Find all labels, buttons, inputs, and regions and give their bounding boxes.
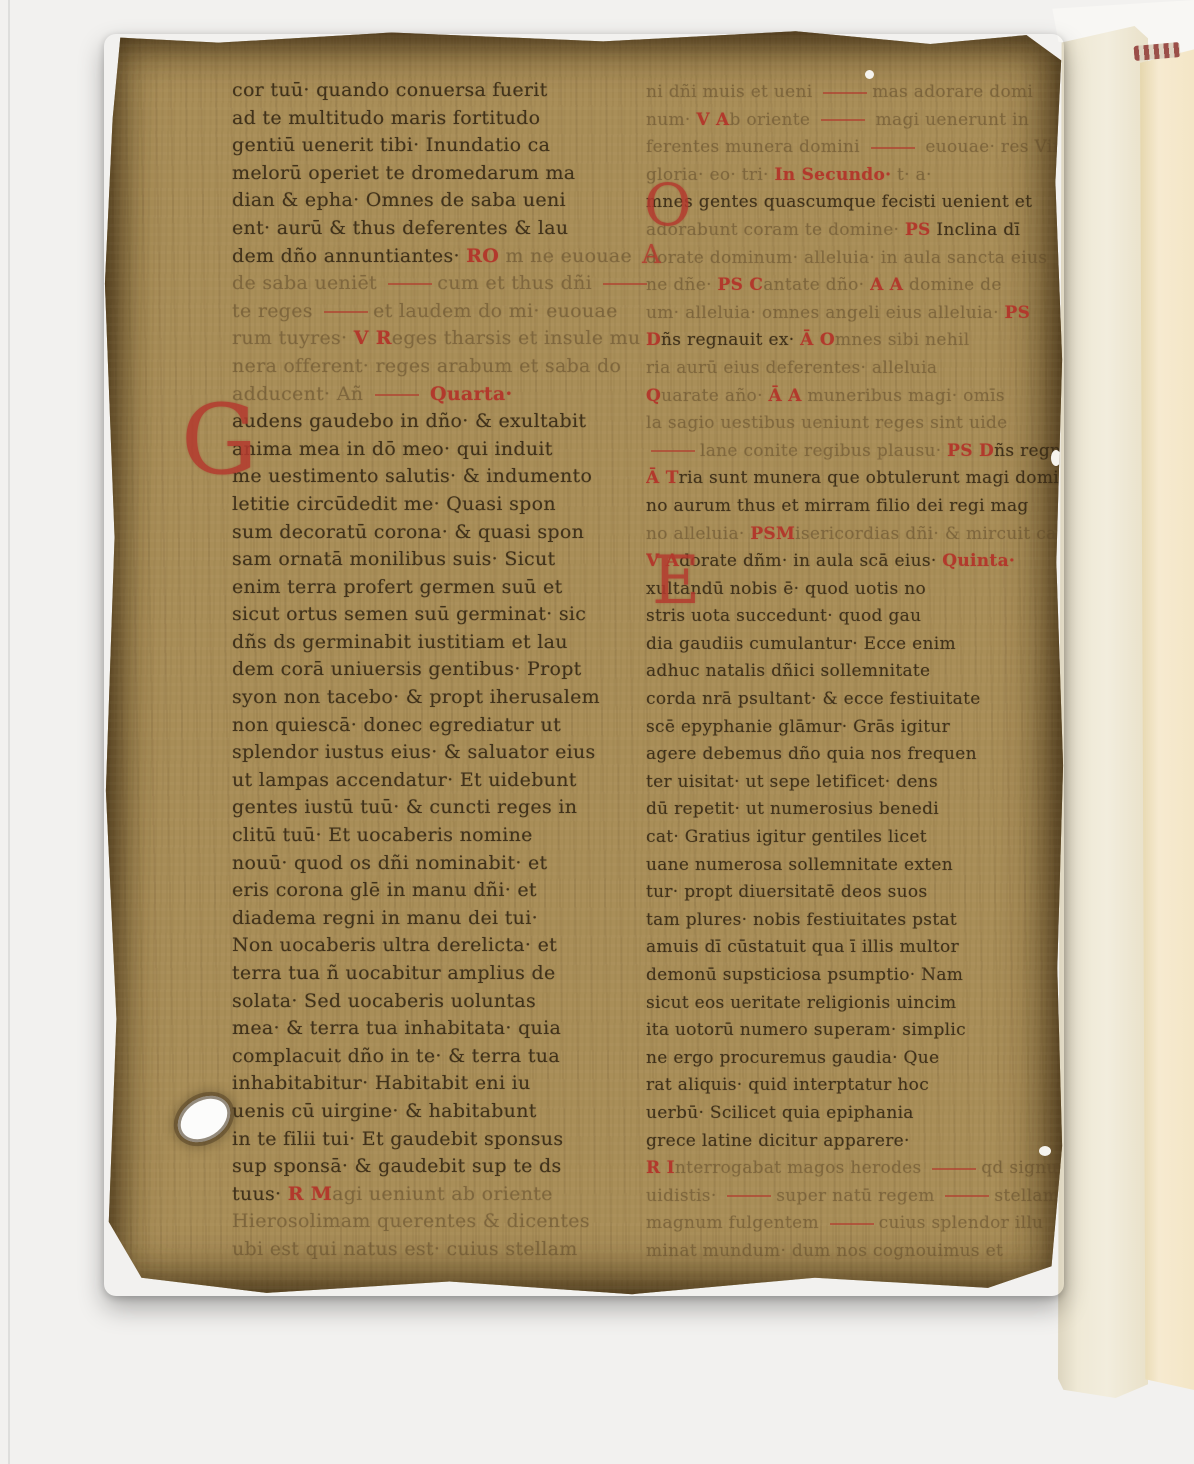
rubric-text: A A: [870, 275, 903, 295]
body-text: Non uocaberis ultra derelicta· et: [232, 934, 557, 956]
parchment-flaw: [865, 70, 874, 79]
text-line: enim terra profert germen suū et: [232, 574, 656, 602]
rubric-text: Q: [646, 386, 661, 406]
body-text: domine de: [903, 275, 1001, 295]
text-line: splendor iustus eius· & saluator eius: [232, 739, 656, 767]
guard-leaf-back: [1140, 44, 1194, 1390]
body-text: inhabitabitur· Habitabit eni iu: [232, 1072, 531, 1094]
body-text: gentes iustū tuū· & cuncti reges in: [232, 796, 577, 818]
text-line: num· V Ab oriente magi uenerunt in: [646, 107, 1062, 135]
text-line: audens gaudebo in dño· & exultabit: [232, 408, 656, 436]
body-text: letitie circūdedit me· Quasi spon: [232, 493, 556, 515]
body-text: demonū supsticiosa psumptio· Nam: [646, 965, 963, 985]
body-text: melorū operiet te dromedarum ma: [232, 162, 575, 184]
body-text: dorate dñm· in aula scā eius·: [679, 551, 942, 571]
text-line: mea· & terra tua inhabitata· quia: [232, 1015, 656, 1043]
text-line: tur· propt diuersitatē deos suos: [646, 879, 1062, 907]
text-line: inhabitabitur· Habitabit eni iu: [232, 1070, 656, 1098]
body-text: muneribus magi· omīs: [802, 386, 1005, 406]
body-text: qd signum: [981, 1158, 1062, 1178]
body-text: ne dñe·: [646, 275, 718, 295]
text-line: clitū tuū· Et uocaberis nomine: [232, 822, 656, 850]
body-text: euouae· res Vir: [920, 137, 1061, 157]
text-line: sam ornatā monilibus suis· Sicut: [232, 546, 656, 574]
text-line: adducent· Añ Quarta·: [232, 381, 656, 409]
text-line: uane numerosa sollemnitate exten: [646, 852, 1062, 880]
body-text: ter uisitat· ut sepe letificet· dens: [646, 772, 938, 792]
body-text: ubi est qui natus est· cuius stellam: [232, 1238, 578, 1260]
body-text: agi ueniunt ab oriente: [332, 1183, 553, 1205]
initial-O: O: [644, 176, 692, 234]
red-filler-line: [823, 92, 867, 94]
text-line: ita uotorū numero superam· simplic: [646, 1017, 1062, 1045]
text-line: dū repetit· ut numerosius benedi: [646, 796, 1062, 824]
parchment-leaf: cor tuū· quando conuersa fueritad te mul…: [103, 30, 1065, 1298]
text-line: adhuc natalis dñici sollemnitate: [646, 658, 1062, 686]
text-line: Quarate año· Ā A muneribus magi· omīs: [646, 383, 1062, 411]
text-line: diadema regni in manu dei tui·: [232, 905, 656, 933]
text-line: non quiescā· donec egrediatur ut: [232, 712, 656, 740]
guard-leaf-front: [1058, 26, 1148, 1398]
body-text: sicut ortus semen suū germinat· sic: [232, 603, 586, 625]
text-line: rat aliquis· quid interptatur hoc: [646, 1072, 1062, 1100]
text-line: tam plures· nobis festiuitates pstat: [646, 907, 1062, 935]
text-line: de saba ueniēt cum et thus dñi: [232, 270, 656, 298]
rubric-text: Quinta·: [942, 551, 1015, 571]
text-line: letitie circūdedit me· Quasi spon: [232, 491, 656, 519]
text-line: tuus· R Magi ueniunt ab oriente: [232, 1181, 656, 1209]
rubric-text: Ā A: [768, 386, 801, 406]
text-line: lane conite regibus plausu· PS Dñs regna…: [646, 438, 1062, 466]
body-text: nera offerent· reges arabum et saba do: [232, 355, 621, 377]
body-text: sup sponsā· & gaudebit sup te ds: [232, 1155, 562, 1177]
text-line: syon non tacebo· & propt iherusalem: [232, 684, 656, 712]
text-line: eris corona glē in manu dñi· et: [232, 877, 656, 905]
text-line: um· alleluia· omnes angeli eius alleluia…: [646, 300, 1062, 328]
text-line: dem dño annuntiantes· RO m ne euouae: [232, 243, 656, 271]
text-line: nera offerent· reges arabum et saba do: [232, 353, 656, 381]
body-text: dia gaudiis cumulantur· Ecce enim: [646, 634, 956, 654]
text-line: cor tuū· quando conuersa fuerit: [232, 77, 656, 105]
text-line: magnum fulgentem cuius splendor illu: [646, 1210, 1062, 1238]
body-text: ferentes munera domini: [646, 137, 866, 157]
text-line: dia gaudiis cumulantur· Ecce enim: [646, 631, 1062, 659]
parchment-flaw: [1039, 1146, 1051, 1156]
text-line: ent· aurū & thus deferentes & lau: [232, 215, 656, 243]
red-filler-line: [945, 1195, 989, 1197]
text-line: dem corā uniuersis gentibus· Propt: [232, 656, 656, 684]
text-line: nouū· quod os dñi nominabit· et: [232, 850, 656, 878]
body-text: dem corā uniuersis gentibus· Propt: [232, 658, 582, 680]
body-text: um· alleluia· omnes angeli eius alleluia…: [646, 303, 1005, 323]
rubric-text: R M: [288, 1183, 332, 1205]
body-text: splendor iustus eius· & saluator eius: [232, 741, 596, 763]
text-line: Non uocaberis ultra derelicta· et: [232, 932, 656, 960]
body-text: nouū· quod os dñi nominabit· et: [232, 852, 547, 874]
body-text: diadema regni in manu dei tui·: [232, 907, 538, 929]
red-filler-line: [932, 1168, 976, 1170]
body-text: Hierosolimam querentes & dicentes: [232, 1210, 590, 1232]
red-filler-line: [651, 450, 695, 452]
text-line: rum tuyres· V Reges tharsis et insule mu: [232, 325, 656, 353]
body-text: ne ergo procuremus gaudia· Que: [646, 1048, 939, 1068]
body-text: dorate dominum· alleluia· in aula sancta…: [646, 248, 1047, 268]
text-line: grece latine dicitur apparere·: [646, 1128, 1062, 1156]
body-text: cat· Gratius igitur gentiles licet: [646, 827, 927, 847]
body-text: super natū regem: [776, 1186, 940, 1206]
text-line: R Interrogabat magos herodes qd signum: [646, 1155, 1062, 1183]
rubric-text: V A: [696, 110, 729, 130]
body-text: eris corona glē in manu dñi· et: [232, 879, 537, 901]
body-text: num·: [646, 110, 696, 130]
text-line: dñs ds germinabit iustitiam et lau: [232, 629, 656, 657]
body-text: ent· aurū & thus deferentes & lau: [232, 217, 568, 239]
text-line: la sagio uestibus ueniunt reges sint uid…: [646, 410, 1062, 438]
body-text: anima mea in dō meo· qui induit: [232, 438, 553, 460]
body-text: la sagio uestibus ueniunt reges sint uid…: [646, 413, 1008, 433]
body-text: mea· & terra tua inhabitata· quia: [232, 1017, 561, 1039]
text-line: demonū supsticiosa psumptio· Nam: [646, 962, 1062, 990]
body-text: adhuc natalis dñici sollemnitate: [646, 661, 930, 681]
body-text: uane numerosa sollemnitate exten: [646, 855, 953, 875]
body-text: dem dño annuntiantes·: [232, 245, 466, 267]
text-line: te reges et laudem do mi· euouae: [232, 298, 656, 326]
red-filler-line: [727, 1195, 771, 1197]
text-line: Ā Tria sunt munera que obtulerunt magi d…: [646, 465, 1062, 493]
body-text: ni dñi muis et ueni: [646, 82, 818, 102]
body-text: amuis dī cūstatuit qua ī illis multor: [646, 937, 959, 957]
text-line: gentiū uenerit tibi· Inundatio ca: [232, 132, 656, 160]
text-line: Hierosolimam querentes & dicentes: [232, 1208, 656, 1236]
text-line: dorate dominum· alleluia· in aula sancta…: [646, 245, 1062, 273]
body-text: me uestimento salutis· & indumento: [232, 465, 592, 487]
text-line: melorū operiet te dromedarum ma: [232, 160, 656, 188]
text-line: uenis cū uirgine· & habitabunt: [232, 1098, 656, 1126]
body-text: scē epyphanie glāmur· Grās igitur: [646, 717, 950, 737]
initial-A: A: [642, 242, 661, 268]
body-text: agere debemus dño quia nos frequen: [646, 744, 977, 764]
text-line: amuis dī cūstatuit qua ī illis multor: [646, 934, 1062, 962]
body-text: clitū tuū· Et uocaberis nomine: [232, 824, 533, 846]
body-text: minat mundum· dum nos cognouimus et: [646, 1241, 1003, 1261]
body-text: audens gaudebo in dño· & exultabit: [232, 410, 586, 432]
rubric-text: D: [646, 330, 661, 350]
body-text: ita uotorū numero superam· simplic: [646, 1020, 966, 1040]
body-text: cor tuū· quando conuersa fuerit: [232, 79, 548, 101]
manuscript-photo: cor tuū· quando conuersa fueritad te mul…: [0, 0, 1194, 1464]
body-text: magnum fulgentem: [646, 1213, 825, 1233]
text-line: adorabunt coram te domine· PS Inclina dī: [646, 217, 1062, 245]
body-text: corda nrā psultant· & ecce festiuitate: [646, 689, 981, 709]
body-text: b oriente: [730, 110, 816, 130]
body-text: ut lampas accendatur· Et uidebunt: [232, 769, 577, 791]
text-line: mnes gentes quascumque fecisti uenient e…: [646, 189, 1062, 217]
text-line: agere debemus dño quia nos frequen: [646, 741, 1062, 769]
body-text: no aurum thus et mirram filio dei regi m…: [646, 496, 1029, 516]
text-line: sicut ortus semen suū germinat· sic: [232, 601, 656, 629]
initial-E: E: [652, 548, 700, 614]
body-text: grece latine dicitur apparere·: [646, 1131, 910, 1151]
body-text: ria aurū eius deferentes· alleluia: [646, 358, 937, 378]
body-text: mnes sibi nehil: [835, 330, 969, 350]
body-text: stellam: [994, 1186, 1059, 1206]
text-line: V Adorate dñm· in aula scā eius· Quinta·: [646, 548, 1062, 576]
backdrop-crease: [8, 0, 10, 1464]
text-line: ter uisitat· ut sepe letificet· dens: [646, 769, 1062, 797]
rubric-text: Ā O: [800, 330, 835, 350]
text-line: scē epyphanie glāmur· Grās igitur: [646, 714, 1062, 742]
body-text: uarate año·: [661, 386, 768, 406]
body-text: no alleluia·: [646, 524, 750, 544]
rubric-text: Ā T: [646, 468, 679, 488]
body-text: mnes gentes quascumque fecisti uenient e…: [646, 192, 1032, 212]
body-text: uenis cū uirgine· & habitabunt: [232, 1100, 537, 1122]
rubric-text: PSM: [750, 524, 795, 544]
text-line: dian & epha· Omnes de saba ueni: [232, 187, 656, 215]
body-text: magi uenerunt in: [870, 110, 1029, 130]
body-text: uerbū· Scilicet quia epiphania: [646, 1103, 914, 1123]
text-line: me uestimento salutis· & indumento: [232, 463, 656, 491]
rubric-text: PS D: [947, 441, 994, 461]
text-line: ubi est qui natus est· cuius stellam: [232, 1236, 656, 1264]
text-line: corda nrā psultant· & ecce festiuitate: [646, 686, 1062, 714]
body-text: complacuit dño in te· & terra tua: [232, 1045, 560, 1067]
text-line: cat· Gratius igitur gentiles licet: [646, 824, 1062, 852]
text-line: ne dñe· PS Cantate dño· A A domine de: [646, 272, 1062, 300]
text-line: gloria· eo· tri· In Secundo· t· a·: [646, 162, 1062, 190]
red-filler-line: [821, 119, 865, 121]
text-line: solata· Sed uocaberis uoluntas: [232, 988, 656, 1016]
body-text: m ne euouae: [499, 245, 632, 267]
body-text: non quiescā· donec egrediatur ut: [232, 714, 561, 736]
red-filler-line: [388, 283, 432, 285]
text-line: ni dñi muis et ueni mas adorare domi: [646, 79, 1062, 107]
text-line: sicut eos ueritate religionis uincim: [646, 990, 1062, 1018]
text-line: in te filii tui· Et gaudebit sponsus: [232, 1126, 656, 1154]
body-text: Inclina dī: [931, 220, 1021, 240]
body-text: antate dño·: [763, 275, 870, 295]
red-filler-line: [871, 147, 915, 149]
text-column-right: ni dñi muis et ueni mas adorare dominum·…: [646, 79, 1062, 1274]
text-line: sup sponsā· & gaudebit sup te ds: [232, 1153, 656, 1181]
rubric-text: PS: [1005, 303, 1031, 323]
text-line: complacuit dño in te· & terra tua: [232, 1043, 656, 1071]
body-text: ad te multitudo maris fortitudo: [232, 107, 540, 129]
body-text: lane conite regibus plausu·: [700, 441, 947, 461]
rubric-text: R I: [646, 1158, 675, 1178]
text-line: terra tua ñ uocabitur amplius de: [232, 960, 656, 988]
text-line: stris uota succedunt· quod gau: [646, 603, 1062, 631]
body-text: terra tua ñ uocabitur amplius de: [232, 962, 556, 984]
body-text: syon non tacebo· & propt iherusalem: [232, 686, 600, 708]
body-text: cuius splendor illu: [879, 1213, 1044, 1233]
red-filler-line: [324, 311, 368, 313]
body-text: dū repetit· ut numerosius benedi: [646, 799, 939, 819]
text-line: xultandū nobis ē· quod uotis no: [646, 576, 1062, 604]
body-text: eges tharsis et insule mu: [392, 327, 641, 349]
body-text: gentiū uenerit tibi· Inundatio ca: [232, 134, 550, 156]
text-line: minat mundum· dum nos cognouimus et: [646, 1238, 1062, 1266]
body-text: sicut eos ueritate religionis uincim: [646, 993, 956, 1013]
body-text: nterrogabat magos herodes: [675, 1158, 927, 1178]
text-line: no alleluia· PSMisericordias dñi· & mirc…: [646, 521, 1062, 549]
rubric-text: PS C: [718, 275, 764, 295]
body-text: cum et thus dñi: [437, 272, 598, 294]
text-column-left: cor tuū· quando conuersa fueritad te mul…: [232, 77, 656, 1277]
body-text: sum decoratū corona· & quasi spon: [232, 521, 584, 543]
rubric-text: In Secundo·: [774, 165, 891, 185]
text-line: ut lampas accendatur· Et uidebunt: [232, 767, 656, 795]
body-text: in te filii tui· Et gaudebit sponsus: [232, 1128, 563, 1150]
body-text: tam plures· nobis festiuitates pstat: [646, 910, 957, 930]
text-line: ferentes munera domini euouae· res Vir: [646, 134, 1062, 162]
body-text: tur· propt diuersitatē deos suos: [646, 882, 928, 902]
text-line: ne ergo procuremus gaudia· Que: [646, 1045, 1062, 1073]
body-text: et laudem do mi· euouae: [373, 300, 617, 322]
body-text: solata· Sed uocaberis uoluntas: [232, 990, 536, 1012]
text-line: no aurum thus et mirram filio dei regi m…: [646, 493, 1062, 521]
body-text: dian & epha· Omnes de saba ueni: [232, 189, 566, 211]
body-text: t· a·: [891, 165, 931, 185]
body-text: uidistis·: [646, 1186, 722, 1206]
rubric-text: V R: [354, 327, 392, 349]
body-text: mas adorare domi: [872, 82, 1033, 102]
rubric-text: RO: [466, 245, 499, 267]
body-text: rat aliquis· quid interptatur hoc: [646, 1075, 929, 1095]
body-text: ñs regnauit ex·: [661, 330, 800, 350]
text-line: anima mea in dō meo· qui induit: [232, 436, 656, 464]
text-line: uidistis· super natū regem stellam: [646, 1183, 1062, 1211]
red-filler-line: [603, 283, 647, 285]
text-line: ad te multitudo maris fortitudo: [232, 105, 656, 133]
text-line: uerbū· Scilicet quia epiphania: [646, 1100, 1062, 1128]
text-line: sum decoratū corona· & quasi spon: [232, 519, 656, 547]
body-text: dñs ds germinabit iustitiam et lau: [232, 631, 568, 653]
text-line: gentes iustū tuū· & cuncti reges in: [232, 794, 656, 822]
text-line: Dñs regnauit ex· Ā Omnes sibi nehil: [646, 327, 1062, 355]
initial-G: G: [181, 392, 258, 488]
red-filler-line: [830, 1223, 874, 1225]
body-text: de saba ueniēt: [232, 272, 383, 294]
red-filler-line: [375, 394, 419, 396]
text-line: ria aurū eius deferentes· alleluia: [646, 355, 1062, 383]
body-text: te reges: [232, 300, 319, 322]
body-text: sam ornatā monilibus suis· Sicut: [232, 548, 555, 570]
body-text: isericordias dñi· & mircuit can·: [795, 524, 1062, 544]
body-text: tuus·: [232, 1183, 288, 1205]
body-text: rum tuyres·: [232, 327, 354, 349]
rubric-text: Quarta·: [430, 383, 513, 405]
body-text: ria sunt munera que obtulerunt magi domi: [679, 468, 1059, 488]
rubric-text: PS: [905, 220, 931, 240]
body-text: enim terra profert germen suū et: [232, 576, 563, 598]
